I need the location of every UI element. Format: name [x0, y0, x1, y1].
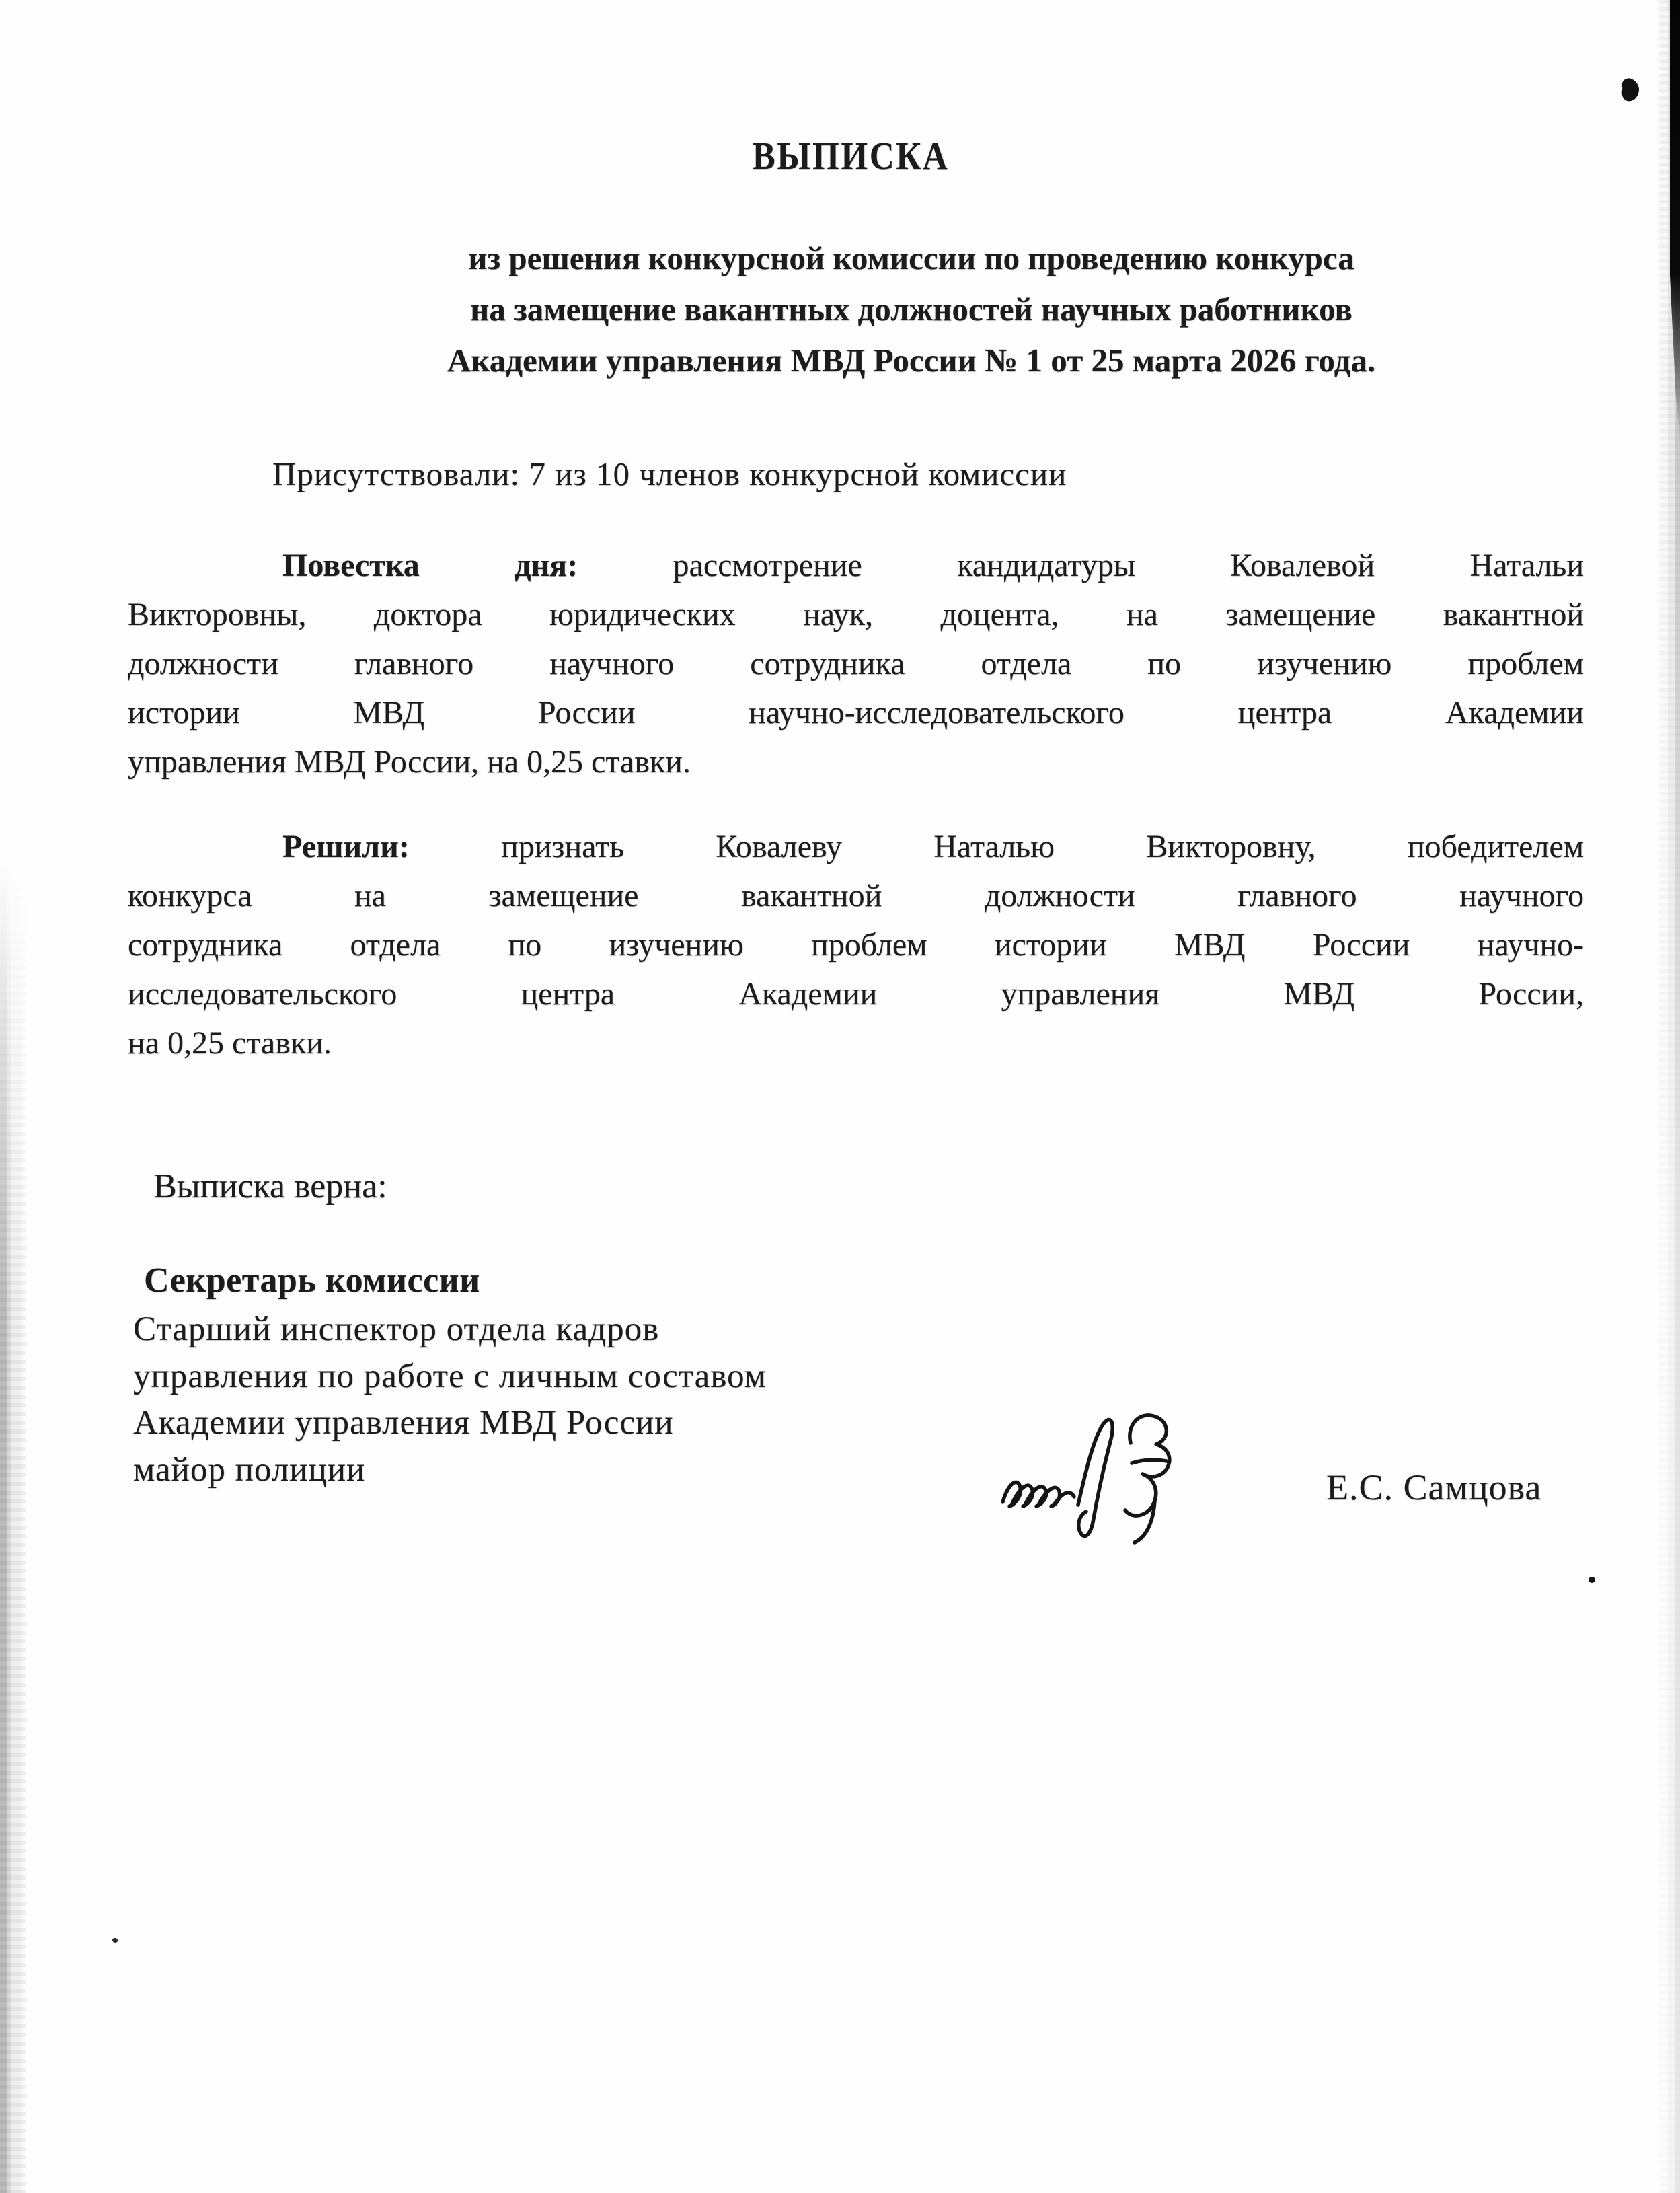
- signatory-role-line: Академии управления МВД России: [133, 1400, 767, 1447]
- agenda-paragraph: Повестка дня: рассмотрение кандидатуры К…: [128, 541, 1584, 786]
- scanned-document-page: ВЫПИСКА из решения конкурсной комиссии п…: [0, 0, 1680, 2193]
- resolution-line: конкурса на замещение вакантной должност…: [128, 871, 1584, 920]
- agenda-line: истории МВД России научно-исследовательс…: [128, 688, 1584, 737]
- agenda-line: Повестка дня: рассмотрение кандидатуры К…: [128, 541, 1584, 590]
- signatory-name: Е.С. Самцова: [1326, 1466, 1541, 1508]
- resolution-line: исследовательского центра Академии управ…: [128, 969, 1584, 1018]
- resolution-line: сотрудника отдела по изучению проблем ис…: [128, 920, 1584, 969]
- agenda-label: Повестка дня:: [282, 548, 578, 583]
- ink-speck: [112, 1937, 118, 1944]
- attendance-line: Присутствовали: 7 из 10 членов конкурсно…: [272, 455, 1067, 493]
- agenda-text: рассмотрение кандидатуры Ковалевой Натал…: [673, 548, 1584, 583]
- resolution-label: Решили:: [282, 829, 410, 864]
- agenda-line: должности главного научного сотрудника о…: [128, 639, 1584, 688]
- certification-line: Выписка верна:: [153, 1166, 387, 1206]
- signatory-role-title: Секретарь комиссии: [144, 1261, 480, 1300]
- subtitle-line: Академии управления МВД России № 1 от 25…: [215, 335, 1607, 386]
- subtitle-line: из решения конкурсной комиссии по провед…: [215, 233, 1607, 284]
- resolution-paragraph: Решили: признать Ковалеву Наталью Виктор…: [128, 822, 1584, 1068]
- scan-left-edge-band: [0, 861, 26, 2193]
- document-subtitle: из решения конкурсной комиссии по провед…: [215, 233, 1607, 386]
- resolution-line: на 0,25 ставки.: [128, 1018, 1584, 1068]
- resolution-line: Решили: признать Ковалеву Наталью Виктор…: [128, 822, 1584, 871]
- signatory-role-line: Старший инспектор отдела кадров: [133, 1306, 767, 1353]
- signatory-role-description: Старший инспектор отдела кадров управлен…: [133, 1306, 767, 1493]
- signatory-role-line: управления по работе с личным составом: [133, 1353, 767, 1401]
- agenda-line: управления МВД России, на 0,25 ставки.: [128, 737, 1584, 786]
- resolution-text: признать Ковалеву Наталью Викторовну, по…: [501, 829, 1584, 864]
- ink-blot-icon: [1613, 74, 1645, 108]
- ink-speck: [1589, 1577, 1595, 1583]
- page-title: ВЫПИСКА: [215, 133, 1487, 178]
- subtitle-line: на замещение вакантных должностей научны…: [215, 284, 1607, 335]
- handwritten-signature-icon: [999, 1403, 1234, 1547]
- agenda-line: Викторовны, доктора юридических наук, до…: [128, 590, 1584, 639]
- signatory-role-line: майор полиции: [133, 1447, 767, 1494]
